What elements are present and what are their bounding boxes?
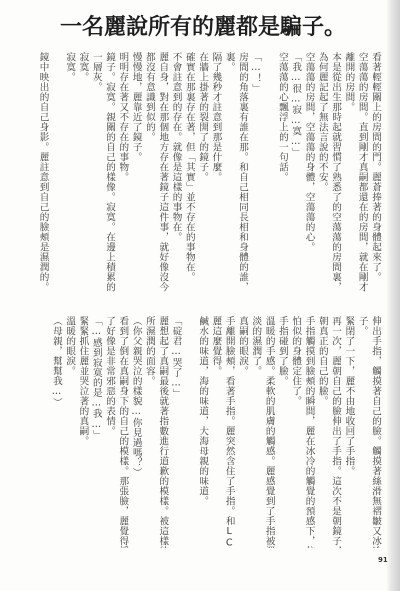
text-column: 朝真正的自己的臉。 xyxy=(316,316,329,548)
text-column: 子。 xyxy=(355,316,368,548)
text-column: 「我…很…寂…寞…」 xyxy=(289,52,302,292)
text-column: 確實在那裏存在著，但「其實」並不存在的事物在。 xyxy=(183,52,196,292)
text-column: 離開的房間。 xyxy=(342,52,355,292)
column-gap xyxy=(50,52,63,292)
text-column: 再一次，麗朝自己的臉伸出了手指。這次不是朝鏡子，而是 xyxy=(329,316,342,548)
text-column: 淡的濕潤了。 xyxy=(249,316,262,548)
upper-text-block: 看著輕輕關上的房間的門。麗蒼捧著的身體起來了。 空蕩蕩的房間。直到剛才真嗣都還在… xyxy=(36,52,382,292)
text-column: 看著輕輕關上的房間的門。麗蒼捧著的身體起來了。 xyxy=(369,52,382,292)
text-column: （母親，幫幫我…） xyxy=(50,316,63,548)
text-column: 手指碰到了臉。 xyxy=(276,316,289,548)
text-column: 伸出手指，觸摸著自己的臉。觸摸著絲滑無褶皺又冰冷的鏡 xyxy=(369,316,382,548)
text-column: 空蕩蕩的房間。直到剛才真嗣都還在的房間，就在剛才真嗣 xyxy=(355,52,368,292)
text-column: 本是從出生那時起就習慣了熟悉了的空蕩蕩的房間裏，不知 xyxy=(329,52,342,292)
text-column: 不會註意到的存在。就像是這樣的事物在。 xyxy=(169,52,182,292)
text-column: 寂寞。 xyxy=(76,52,89,292)
text-column: 真嗣的眼淚。 xyxy=(236,316,249,548)
text-column: 麗想起了真嗣最後就著指數進行道歉的模樣。被這樣的眼淚 xyxy=(156,316,169,548)
book-spine-shadow xyxy=(386,0,400,591)
text-column: 鏡子。寂寞。親關的自己的樣像。寂寞。在邊上積累的薄薄 xyxy=(103,52,116,292)
text-column: （你父親哭泣的樣貌…你見過嗎？） xyxy=(129,316,142,548)
text-column: 寂寞。 xyxy=(63,52,76,292)
text-column: 為何麗記起了無法言說的不安。 xyxy=(316,52,329,292)
text-column: 溫暖的手感。柔軟的肌膚的觸感。麗感覺到了手指被溫暖 xyxy=(262,316,275,548)
book-page: 一名麗說所有的麗都是騙子。 看著輕輕關上的房間的門。麗蒼捧著的身體起來了。 空蕩… xyxy=(0,0,400,591)
chapter-title: 一名麗說所有的麗都是騙子。 xyxy=(60,10,360,41)
text-column: 隔了幾秒才註意到那是什麼。 xyxy=(209,52,222,292)
column-gap xyxy=(183,316,196,548)
text-column: 緊閉了一下，麗不由地收回了手指。 xyxy=(342,316,355,548)
text-column: 麗這麼覺得。 xyxy=(209,316,222,548)
text-column: 明明存在著又不存在的事物。 xyxy=(116,52,129,292)
text-column: 看到了倒在真嗣身下的自己的模樣。那張臉，麗覺得浮現出 xyxy=(116,316,129,548)
text-column: 空蕩蕩的心飄浮上的一句話。 xyxy=(276,52,289,292)
text-column: 裏。 xyxy=(222,52,235,292)
text-column: 一層灰。 xyxy=(89,52,102,292)
text-column: 鹹水的味道，海的味道，大海母親的味道。 xyxy=(196,316,209,548)
text-column: 「…！」 xyxy=(249,52,262,292)
text-column: 手指觸摸到臉頰的瞬間，麗在冰冷的觸覺的預感下，仿佛害 xyxy=(302,316,315,548)
text-column: 「…感到寂寞的是…我…」 xyxy=(89,316,102,548)
text-column: 在牆上掛著的裂開了的鏡子。 xyxy=(196,52,209,292)
text-column: 緊緊抓住麗並哭泣著的真嗣。 xyxy=(76,316,89,548)
text-column: 麗自身，對在那個地方存在著鏡子這件事，就好像沒今為止 xyxy=(156,52,169,292)
text-column: 了好像是非常邪惡的表情。 xyxy=(103,316,116,548)
text-column: 怕似的身體定住了。 xyxy=(289,316,302,548)
column-gap xyxy=(262,52,275,292)
text-column: 都沒有意識到似的。 xyxy=(143,52,156,292)
text-column: 房間的角落裏有誰在那。和自己相同長相和身體的誰，在那 xyxy=(236,52,249,292)
lower-text-block: 伸出手指，觸摸著自己的臉。觸摸著絲滑無褶皺又冰冷的鏡 子。 緊閉了一下，麗不由地… xyxy=(50,316,382,548)
text-column: 慢慢地，麗靠近了鏡子。 xyxy=(129,52,142,292)
text-column: 鏡中映出的自己身影。麗註意到自己的臉頰是濕潤的。輕輕 xyxy=(36,52,49,292)
text-column: 手離開臉頰，看著手指。麗突然含住了手指。和LCL很相似， xyxy=(222,316,235,548)
text-column: 溫暖的眼淚。 xyxy=(63,316,76,548)
text-column: 所濕潤的面容。 xyxy=(143,316,156,548)
text-column: 「碇君…哭了…」 xyxy=(169,316,182,548)
text-column: 空蕩蕩的房間，空蕩蕩的身體，空蕩蕩的心。 xyxy=(302,52,315,292)
